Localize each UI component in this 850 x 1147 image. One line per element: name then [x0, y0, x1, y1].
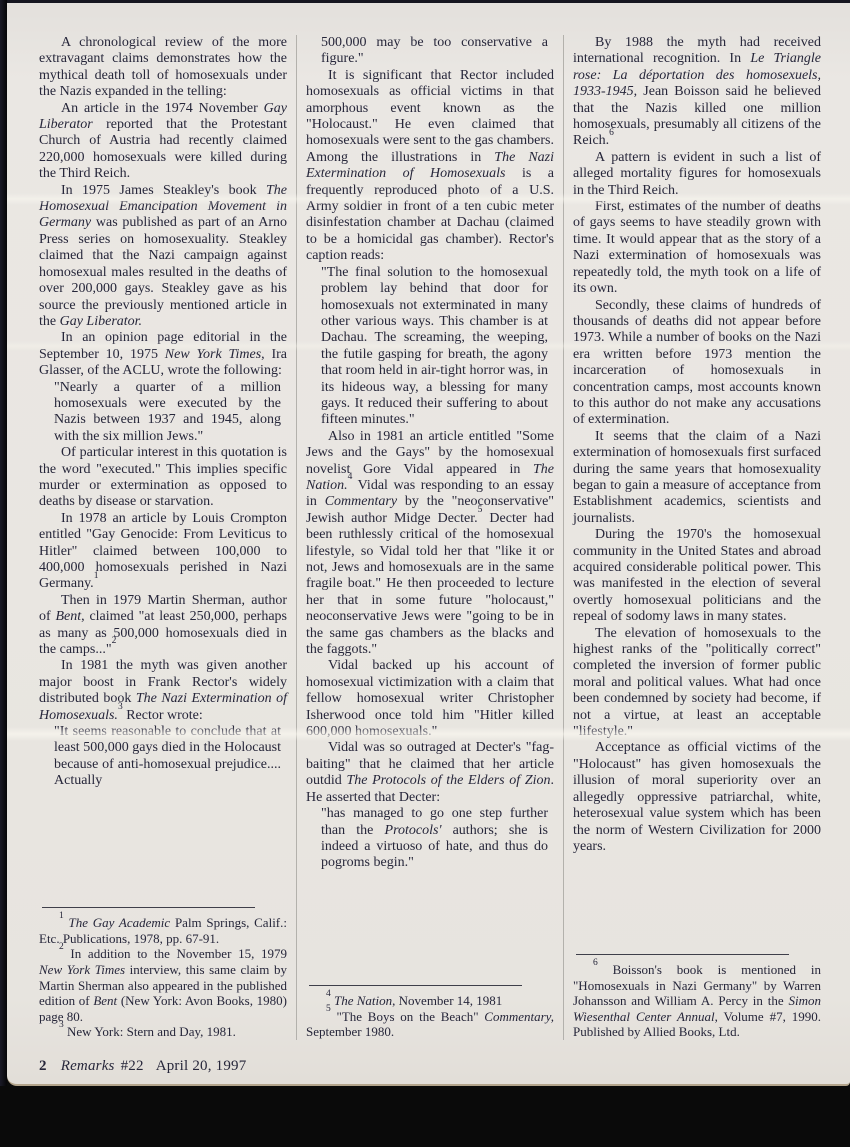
scan-border-left: [0, 0, 7, 1086]
paragraph: A pattern is evident in such a list of a…: [573, 150, 821, 199]
footnote: 1 The Gay Academic Palm Springs, Calif.:…: [39, 915, 287, 946]
paragraph: An article in the 1974 November Gay Libe…: [39, 101, 287, 183]
column-2: 500,000 may be too conservative a figure…: [306, 35, 564, 1040]
column-2-footnotes: 4 The Nation, November 14, 19815 "The Bo…: [306, 985, 554, 1040]
block-quote: "The final solution to the homosexual pr…: [321, 265, 548, 429]
paragraph: Acceptance as official victims of the "H…: [573, 740, 821, 855]
block-quote: "Nearly a quarter of a million homosexua…: [54, 380, 281, 446]
scan-border-top: [0, 0, 850, 3]
paragraph: Vidal was so outraged at Decter's "fag-b…: [306, 740, 554, 806]
footnote-separator: [309, 985, 522, 986]
footnote: 5 "The Boys on the Beach" Commentary, Se…: [306, 1009, 554, 1040]
paragraph: During the 1970's the homosexual communi…: [573, 527, 821, 625]
text-columns: A chronological review of the more extra…: [39, 35, 824, 1040]
paragraph: By 1988 the myth had received internatio…: [573, 35, 821, 150]
footer-date: April 20, 1997: [156, 1058, 247, 1074]
paragraph: Of particular interest in this quotation…: [39, 445, 287, 511]
column-1: A chronological review of the more extra…: [39, 35, 297, 1040]
paragraph: It is significant that Rector included h…: [306, 68, 554, 265]
paragraph: In 1978 an article by Louis Crompton ent…: [39, 511, 287, 593]
paragraph: Then in 1979 Martin Sherman, author of B…: [39, 593, 287, 659]
column-1-footnotes: 1 The Gay Academic Palm Springs, Calif.:…: [39, 907, 287, 1040]
paragraph: It seems that the claim of a Nazi exterm…: [573, 429, 821, 527]
block-quote: 500,000 may be too conservative a figure…: [321, 35, 548, 68]
paragraph: First, estimates of the number of deaths…: [573, 199, 821, 297]
paragraph: In an opinion page editorial in the Sept…: [39, 330, 287, 379]
paragraph: A chronological review of the more extra…: [39, 35, 287, 101]
column-3: By 1988 the myth had received internatio…: [573, 35, 821, 1040]
footnote-separator: [42, 907, 255, 908]
paragraph: In 1975 James Steakley's book The Homose…: [39, 183, 287, 331]
footnote: 4 The Nation, November 14, 1981: [306, 993, 554, 1009]
column-3-text: By 1988 the myth had received internatio…: [573, 35, 821, 855]
paragraph: In 1981 the myth was given another major…: [39, 658, 287, 724]
column-2-text: 500,000 may be too conservative a figure…: [306, 35, 554, 872]
footnote: 6 Boisson's book is mentioned in "Homose…: [573, 962, 821, 1040]
paragraph: Secondly, these claims of hundreds of th…: [573, 298, 821, 429]
page-number: 2: [39, 1058, 47, 1074]
paragraph: The elevation of homosexuals to the high…: [573, 626, 821, 741]
issue-number: #22: [121, 1058, 144, 1074]
footnote-separator: [576, 954, 789, 955]
paragraph: Also in 1981 an article entitled "Some J…: [306, 429, 554, 659]
footnote: 2 In addition to the November 15, 1979 N…: [39, 946, 287, 1024]
footnote: 3 New York: Stern and Day, 1981.: [39, 1024, 287, 1040]
scanned-page: A chronological review of the more extra…: [7, 3, 850, 1086]
scan-border-bottom: [0, 1086, 850, 1147]
column-1-text: A chronological review of the more extra…: [39, 35, 287, 790]
page-footer: 2Remarks#22April 20, 1997: [39, 1058, 824, 1075]
block-quote: "It seems reasonable to conclude that at…: [54, 724, 281, 790]
publication-name: Remarks: [61, 1058, 115, 1074]
column-3-footnotes: 6 Boisson's book is mentioned in "Homose…: [573, 954, 821, 1040]
block-quote: "has managed to go one step further than…: [321, 806, 548, 872]
paragraph: Vidal backed up his account of homosexua…: [306, 658, 554, 740]
